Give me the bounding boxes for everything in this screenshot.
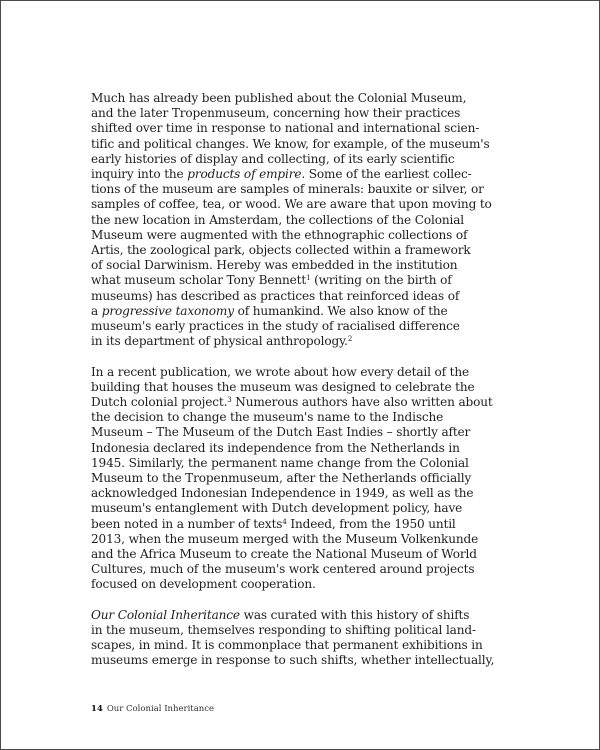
text-line: of social Darwinism. Hereby was embedded… — [91, 258, 531, 273]
text-line: the new location in Amsterdam, the colle… — [91, 213, 531, 228]
paragraph: Our Colonial Inheritance was curated wit… — [91, 608, 531, 669]
footnote-marker: 1 — [306, 274, 310, 282]
page-footer: 14Our Colonial Inheritance — [91, 704, 214, 714]
footnote-marker: 4 — [282, 518, 286, 526]
text-line: been noted in a number of texts4 Indeed,… — [91, 517, 531, 532]
text-line: museum's early practices in the study of… — [91, 319, 531, 334]
text-line: building that houses the museum was desi… — [91, 380, 531, 395]
text-line: in the museum, themselves responding to … — [91, 623, 531, 638]
page-number: 14 — [91, 704, 103, 714]
text-line: the decision to change the museum's name… — [91, 410, 531, 425]
text-line: early histories of display and collectin… — [91, 152, 531, 167]
text-line: In a recent publication, we wrote about … — [91, 365, 531, 380]
text-line: Museum were augmented with the ethnograp… — [91, 228, 531, 243]
text-line: acknowledged Indonesian Independence in … — [91, 486, 531, 501]
text-line: in its department of physical anthropolo… — [91, 334, 531, 349]
text-line: and the Africa Museum to create the Nati… — [91, 547, 531, 562]
text-line: Artis, the zoological park, objects coll… — [91, 243, 531, 258]
document-page: Much has already been published about th… — [0, 0, 600, 750]
emphasis: Our Colonial Inheritance — [91, 608, 240, 622]
text-line: a progressive taxonomy of humankind. We … — [91, 304, 531, 319]
text-line: and the later Tropenmuseum, concerning h… — [91, 106, 531, 121]
text-line: museums emerge in response to such shift… — [91, 653, 531, 668]
emphasis: progressive taxonomy — [102, 304, 234, 318]
text-line: Museum – The Museum of the Dutch East In… — [91, 425, 531, 440]
text-line: 1945. Similarly, the permanent name chan… — [91, 456, 531, 471]
text-line: Cultures, much of the museum's work cent… — [91, 562, 531, 577]
running-title: Our Colonial Inheritance — [107, 704, 214, 714]
paragraph: In a recent publication, we wrote about … — [91, 365, 531, 593]
text-line: scapes, in mind. It is commonplace that … — [91, 638, 531, 653]
text-line: museums) has described as practices that… — [91, 289, 531, 304]
body-text: Much has already been published about th… — [91, 91, 531, 684]
footnote-marker: 3 — [227, 396, 231, 404]
text-line: Museum to the Tropenmuseum, after the Ne… — [91, 471, 531, 486]
footnote-marker: 2 — [348, 335, 352, 343]
text-line: tific and political changes. We know, fo… — [91, 137, 531, 152]
text-line: Our Colonial Inheritance was curated wit… — [91, 608, 531, 623]
text-line: focused on development cooperation. — [91, 577, 531, 592]
text-line: Dutch colonial project.3 Numerous author… — [91, 395, 531, 410]
text-line: Much has already been published about th… — [91, 91, 531, 106]
text-line: tions of the museum are samples of miner… — [91, 182, 531, 197]
text-line: shifted over time in response to nationa… — [91, 121, 531, 136]
emphasis: products of empire — [187, 167, 301, 181]
text-line: 2013, when the museum merged with the Mu… — [91, 532, 531, 547]
text-line: samples of coffee, tea, or wood. We are … — [91, 197, 531, 212]
text-line: inquiry into the products of empire. Som… — [91, 167, 531, 182]
text-line: museum's entanglement with Dutch develop… — [91, 501, 531, 516]
text-line: Indonesia declared its independence from… — [91, 441, 531, 456]
text-line: what museum scholar Tony Bennett1 (writi… — [91, 273, 531, 288]
paragraph: Much has already been published about th… — [91, 91, 531, 349]
